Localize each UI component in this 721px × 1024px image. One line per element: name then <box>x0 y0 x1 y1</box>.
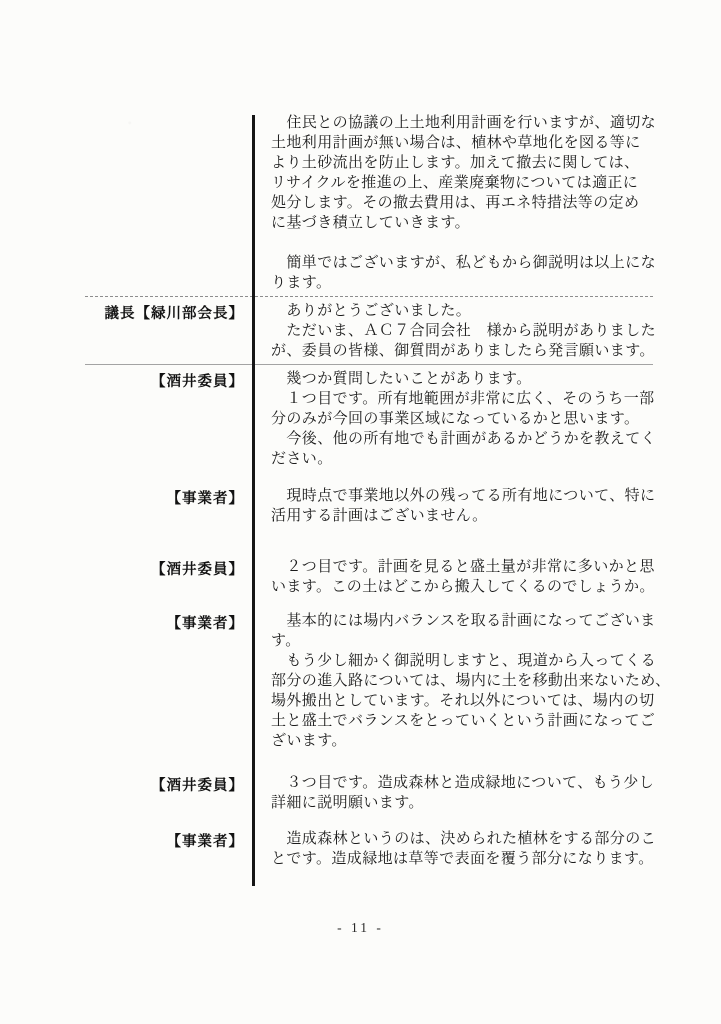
speaker-label <box>85 113 252 114</box>
page-number: - 11 - <box>0 920 721 936</box>
document-page: 住民との協議の上土地利用計画を行いますが、適切な 土地利用計画が無い場合は、植林… <box>0 0 721 1024</box>
dialogue-text: 現時点で事業地以外の残ってる所有地について、特に 活用する計画はございません。 <box>252 486 675 526</box>
dialogue-row: 【事業者】 基本的には場内バランスを取る計画になってございま す。 もう少し細か… <box>85 611 675 751</box>
dialogue-text: 造成森林というのは、決められた植林をする部分のこ とです。造成緑地は草等で表面を… <box>252 829 675 869</box>
speaker-label-operator: 【事業者】 <box>85 611 252 633</box>
separator-line <box>85 296 653 297</box>
dialogue-text: ２つ目です。計画を見ると盛土量が非常に多いかと思 います。この土はどこから搬入し… <box>252 557 675 597</box>
dialogue-row: 【酒井委員】 ３つ目です。造成森林と造成緑地について、もう少し 詳細に説明願いま… <box>85 773 675 813</box>
vertical-divider-line <box>252 115 255 886</box>
dialogue-row: 住民との協議の上土地利用計画を行いますが、適切な 土地利用計画が無い場合は、植林… <box>85 113 675 293</box>
speaker-label-sakai: 【酒井委員】 <box>85 557 252 579</box>
dialogue-text: 住民との協議の上土地利用計画を行いますが、適切な 土地利用計画が無い場合は、植林… <box>252 113 675 293</box>
dialogue-text: ３つ目です。造成森林と造成緑地について、もう少し 詳細に説明願います。 <box>252 773 675 813</box>
dialogue-row: 【事業者】 現時点で事業地以外の残ってる所有地について、特に 活用する計画はござ… <box>85 486 675 526</box>
speaker-label-operator: 【事業者】 <box>85 829 252 851</box>
dialogue-row: 【酒井委員】 ２つ目です。計画を見ると盛土量が非常に多いかと思 います。この土は… <box>85 557 675 597</box>
speaker-label-sakai: 【酒井委員】 <box>85 773 252 795</box>
dialogue-row: 【酒井委員】 幾つか質問したいことがあります。 １つ目です。所有地範囲が非常に広… <box>85 369 675 469</box>
minutes-content: 住民との協議の上土地利用計画を行いますが、適切な 土地利用計画が無い場合は、植林… <box>85 113 675 888</box>
dialogue-row: 【事業者】 造成森林というのは、決められた植林をする部分のこ とです。造成緑地は… <box>85 829 675 869</box>
dialogue-text: ありがとうございました。 ただいま、ＡＣ７合同会社 様から説明がありました が、… <box>252 301 675 361</box>
dialogue-text: 幾つか質問したいことがあります。 １つ目です。所有地範囲が非常に広く、そのうち一… <box>252 369 675 469</box>
speaker-label-operator: 【事業者】 <box>85 486 252 508</box>
separator-line <box>85 364 653 365</box>
dialogue-row: 議長【緑川部会長】 ありがとうございました。 ただいま、ＡＣ７合同会社 様から説… <box>85 301 675 361</box>
speaker-label-sakai: 【酒井委員】 <box>85 369 252 391</box>
dialogue-text: 基本的には場内バランスを取る計画になってございま す。 もう少し細かく御説明しま… <box>252 611 675 751</box>
speaker-label-chair: 議長【緑川部会長】 <box>85 301 252 323</box>
